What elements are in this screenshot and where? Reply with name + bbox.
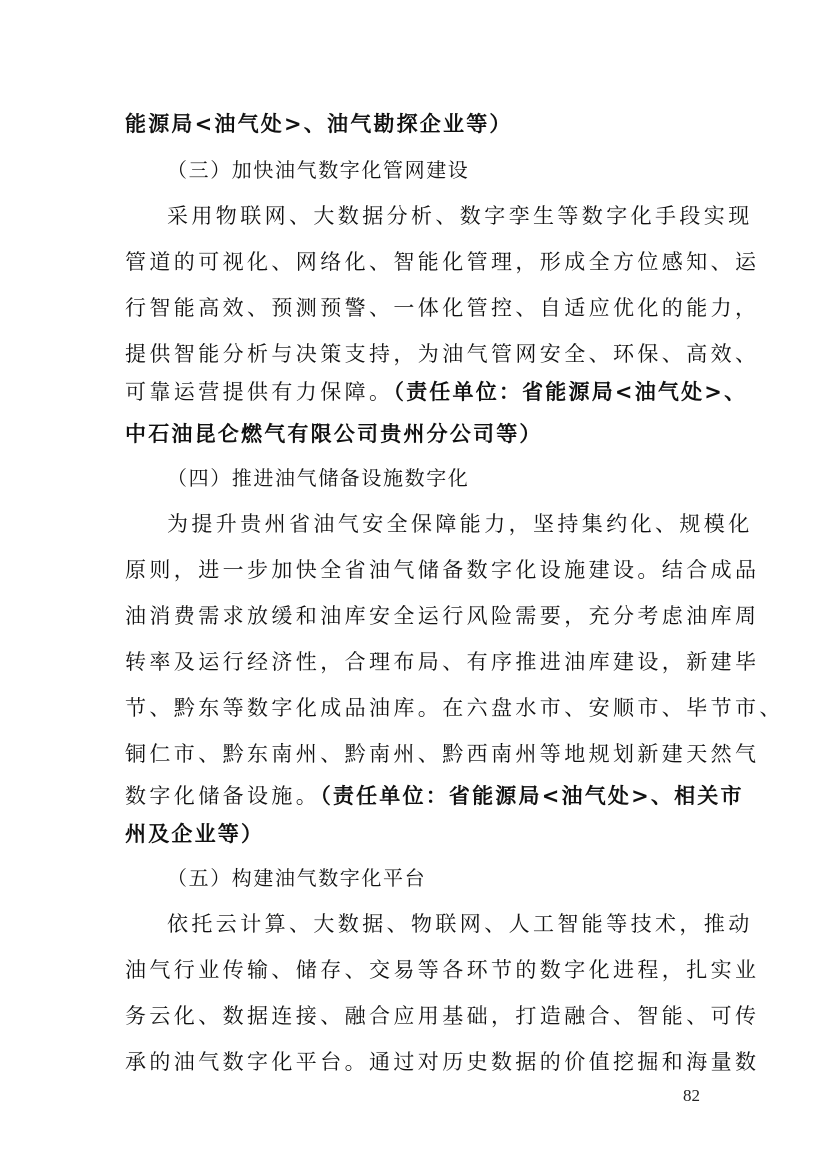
paragraph-line: 为提升贵州省油气安全保障能力，坚持集约化、规模化 xyxy=(167,510,715,538)
paragraph-line: 依托云计算、大数据、物联网、人工智能等技术，推动 xyxy=(167,910,715,938)
body-text: 承的油气数字化平台。通过对历史数据的价值挖掘和海量数 xyxy=(125,1050,759,1074)
paragraph-line: 可靠运营提供有力保障。（责任单位：省能源局<油气处>、 xyxy=(125,378,715,406)
body-text: 节、黔东等数字化成品油库。在六盘水市、安顺市、毕节市、 xyxy=(125,696,784,720)
section-heading-4: （四）推进油气储备设施数字化 xyxy=(167,464,715,492)
paragraph-line: 行智能高效、预测预警、一体化管控、自适应优化的能力， xyxy=(125,294,715,322)
paragraph-continuation-line: 能源局<油气处>、油气勘探企业等） xyxy=(125,110,715,138)
paragraph-line: 州及企业等） xyxy=(125,820,715,848)
paragraph-line: 转率及运行经济性，合理布局、有序推进油库建设，新建毕 xyxy=(125,648,715,676)
paragraph-line: 提供智能分析与决策支持，为油气管网安全、环保、高效、 xyxy=(125,340,715,368)
body-text: 提供智能分析与决策支持，为油气管网安全、环保、高效、 xyxy=(125,342,759,366)
body-text: 务云化、数据连接、融合应用基础，打造融合、智能、可传 xyxy=(125,1004,759,1028)
heading-text: （三）加快油气数字化管网建设 xyxy=(167,158,469,182)
paragraph-line: 管道的可视化、网络化、智能化管理，形成全方位感知、运 xyxy=(125,248,715,276)
paragraph-line: 油消费需求放缓和油库安全运行风险需要，充分考虑油库周 xyxy=(125,602,715,630)
responsibility-text: 州及企业等） xyxy=(125,822,264,846)
body-text: 管道的可视化、网络化、智能化管理，形成全方位感知、运 xyxy=(125,250,759,274)
paragraph-line: 数字化储备设施。（责任单位：省能源局<油气处>、相关市 xyxy=(125,782,715,810)
heading-text: （五）构建油气数字化平台 xyxy=(167,866,426,890)
page-number: 82 xyxy=(683,1086,700,1106)
body-text: 为提升贵州省油气安全保障能力，坚持集约化、规模化 xyxy=(167,512,753,536)
body-text: 转率及运行经济性，合理布局、有序推进油库建设，新建毕 xyxy=(125,650,759,674)
paragraph-line: 采用物联网、大数据分析、数字孪生等数字化手段实现 xyxy=(167,202,715,230)
body-text: 行智能高效、预测预警、一体化管控、自适应优化的能力， xyxy=(125,296,759,320)
paragraph-line: 油气行业传输、储存、交易等各环节的数字化进程，扎实业 xyxy=(125,956,715,984)
paragraph-line: 节、黔东等数字化成品油库。在六盘水市、安顺市、毕节市、 xyxy=(125,694,715,722)
heading-text: （四）推进油气储备设施数字化 xyxy=(167,466,469,490)
body-text: 原则，进一步加快全省油气储备数字化设施建设。结合成品 xyxy=(125,558,759,582)
body-text: 依托云计算、大数据、物联网、人工智能等技术，推动 xyxy=(167,912,753,936)
body-text: 采用物联网、大数据分析、数字孪生等数字化手段实现 xyxy=(167,204,753,228)
body-text: 油气行业传输、储存、交易等各环节的数字化进程，扎实业 xyxy=(125,958,759,982)
body-text: 铜仁市、黔东南州、黔南州、黔西南州等地规划新建天然气 xyxy=(125,742,759,766)
paragraph-line: 原则，进一步加快全省油气储备数字化设施建设。结合成品 xyxy=(125,556,715,584)
responsibility-text: 中石油昆仑燃气有限公司贵州分公司等） xyxy=(125,422,543,446)
section-heading-5: （五）构建油气数字化平台 xyxy=(167,864,715,892)
document-page: 能源局<油气处>、油气勘探企业等） （三）加快油气数字化管网建设 采用物联网、大… xyxy=(0,0,826,1169)
paragraph-line: 承的油气数字化平台。通过对历史数据的价值挖掘和海量数 xyxy=(125,1048,715,1076)
body-text: 油消费需求放缓和油库安全运行风险需要，充分考虑油库周 xyxy=(125,604,759,628)
paragraph-line: 中石油昆仑燃气有限公司贵州分公司等） xyxy=(125,420,715,448)
paragraph-line: 铜仁市、黔东南州、黔南州、黔西南州等地规划新建天然气 xyxy=(125,740,715,768)
section-heading-3: （三）加快油气数字化管网建设 xyxy=(167,156,715,184)
body-text: 可靠运营提供有力保障。 xyxy=(125,380,393,404)
responsibility-text: （责任单位：省能源局<油气处>、 xyxy=(393,380,747,404)
responsibility-text: 能源局<油气处>、油气勘探企业等） xyxy=(125,112,513,136)
body-text: 数字化储备设施。 xyxy=(125,784,320,808)
responsibility-text: （责任单位：省能源局<油气处>、相关市 xyxy=(320,784,744,808)
paragraph-line: 务云化、数据连接、融合应用基础，打造融合、智能、可传 xyxy=(125,1002,715,1030)
